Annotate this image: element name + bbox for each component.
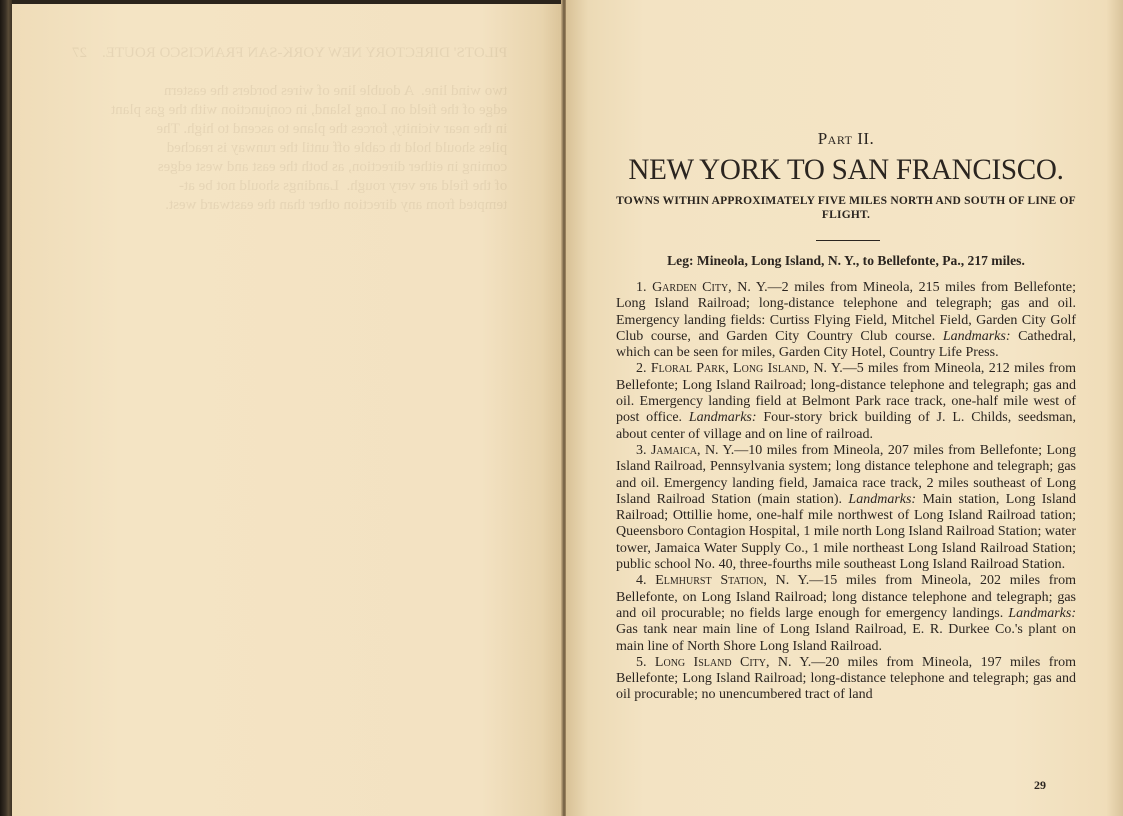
divider-rule [816,240,880,241]
town-entries: 1. Garden City, N. Y.—2 miles from Mineo… [616,280,1076,704]
town-name: Floral Park, Long Island [651,361,806,376]
town-name: Garden City [652,280,728,295]
page-title: NEW YORK TO SAN FRANCISCO. [623,153,1069,187]
town-entry: 1. Garden City, N. Y.—2 miles from Mineo… [616,280,1076,361]
town-entry: 4. Elmhurst Station, N. Y.—15 miles from… [616,573,1076,654]
page-subtitle: TOWNS WITHIN APPROXIMATELY FIVE MILES NO… [616,194,1076,222]
town-entry: 2. Floral Park, Long Island, N. Y.—5 mil… [616,361,1076,442]
town-name: Jamaica [651,443,697,458]
town-name: Elmhurst Station [655,573,763,588]
page-number: 29 [1034,778,1046,793]
leg-heading: Leg: Mineola, Long Island, N. Y., to Bel… [623,254,1069,270]
show-through-text: PILOTS' DIRECTORY NEW YORK-SAN FRANCISCO… [72,44,507,215]
town-entry: 5. Long Island City, N. Y.—20 miles from… [616,655,1076,704]
part-label: Part II. [616,129,1076,149]
left-page: PILOTS' DIRECTORY NEW YORK-SAN FRANCISCO… [12,0,564,816]
right-page: Part II. NEW YORK TO SAN FRANCISCO. TOWN… [566,0,1123,816]
town-name: Long Island City [655,655,766,670]
town-entry: 3. Jamaica, N. Y.—10 miles from Mineola,… [616,443,1076,573]
book-spread: PILOTS' DIRECTORY NEW YORK-SAN FRANCISCO… [0,0,1123,816]
